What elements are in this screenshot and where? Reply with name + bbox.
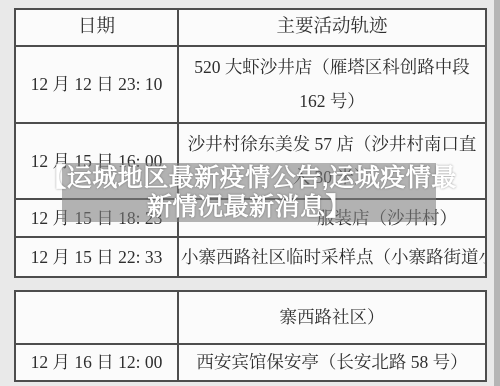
track-cell: 寨西路社区） [178,291,486,344]
watermark-text-line2: 新情况最新消息】 [147,193,351,222]
table-row: 12 月 15 日 22: 33 小寨西路社区临时采样点（小寨路街道小 [15,237,486,277]
track-cell: 520 大虾沙井店（雁塔区科创路中段 162 号） [178,46,486,123]
watermark-text-line1: 【运城地区最新疫情公告,运城疫情最 [41,164,456,193]
track-cell: 小寨西路社区临时采样点（小寨路街道小 [178,237,486,277]
date-cell: 12 月 12 日 23: 10 [15,46,178,123]
date-cell: 12 月 15 日 22: 33 [15,237,178,277]
date-cell: 12 月 16 日 12: 00 [15,344,178,381]
table-row: 寨西路社区） [15,291,486,344]
watermark-banner: 【运城地区最新疫情公告,运城疫情最 新情况最新消息】 [62,163,436,222]
track-cell: 西安宾馆保安亭（长安北路 58 号） [178,344,486,381]
table-header-row: 日期 主要活动轨迹 [15,9,486,46]
column-header-track: 主要活动轨迹 [178,9,486,46]
activity-track-table-continued: 寨西路社区） 12 月 16 日 12: 00 西安宾馆保安亭（长安北路 58 … [14,290,487,382]
table-row: 12 月 12 日 23: 10 520 大虾沙井店（雁塔区科创路中段 162 … [15,46,486,123]
page-edge-strip [494,0,500,386]
table-row: 12 月 16 日 12: 00 西安宾馆保安亭（长安北路 58 号） [15,344,486,381]
activity-track-table: 日期 主要活动轨迹 12 月 12 日 23: 10 520 大虾沙井店（雁塔区… [14,8,487,278]
column-header-date: 日期 [15,9,178,46]
date-cell [15,291,178,344]
